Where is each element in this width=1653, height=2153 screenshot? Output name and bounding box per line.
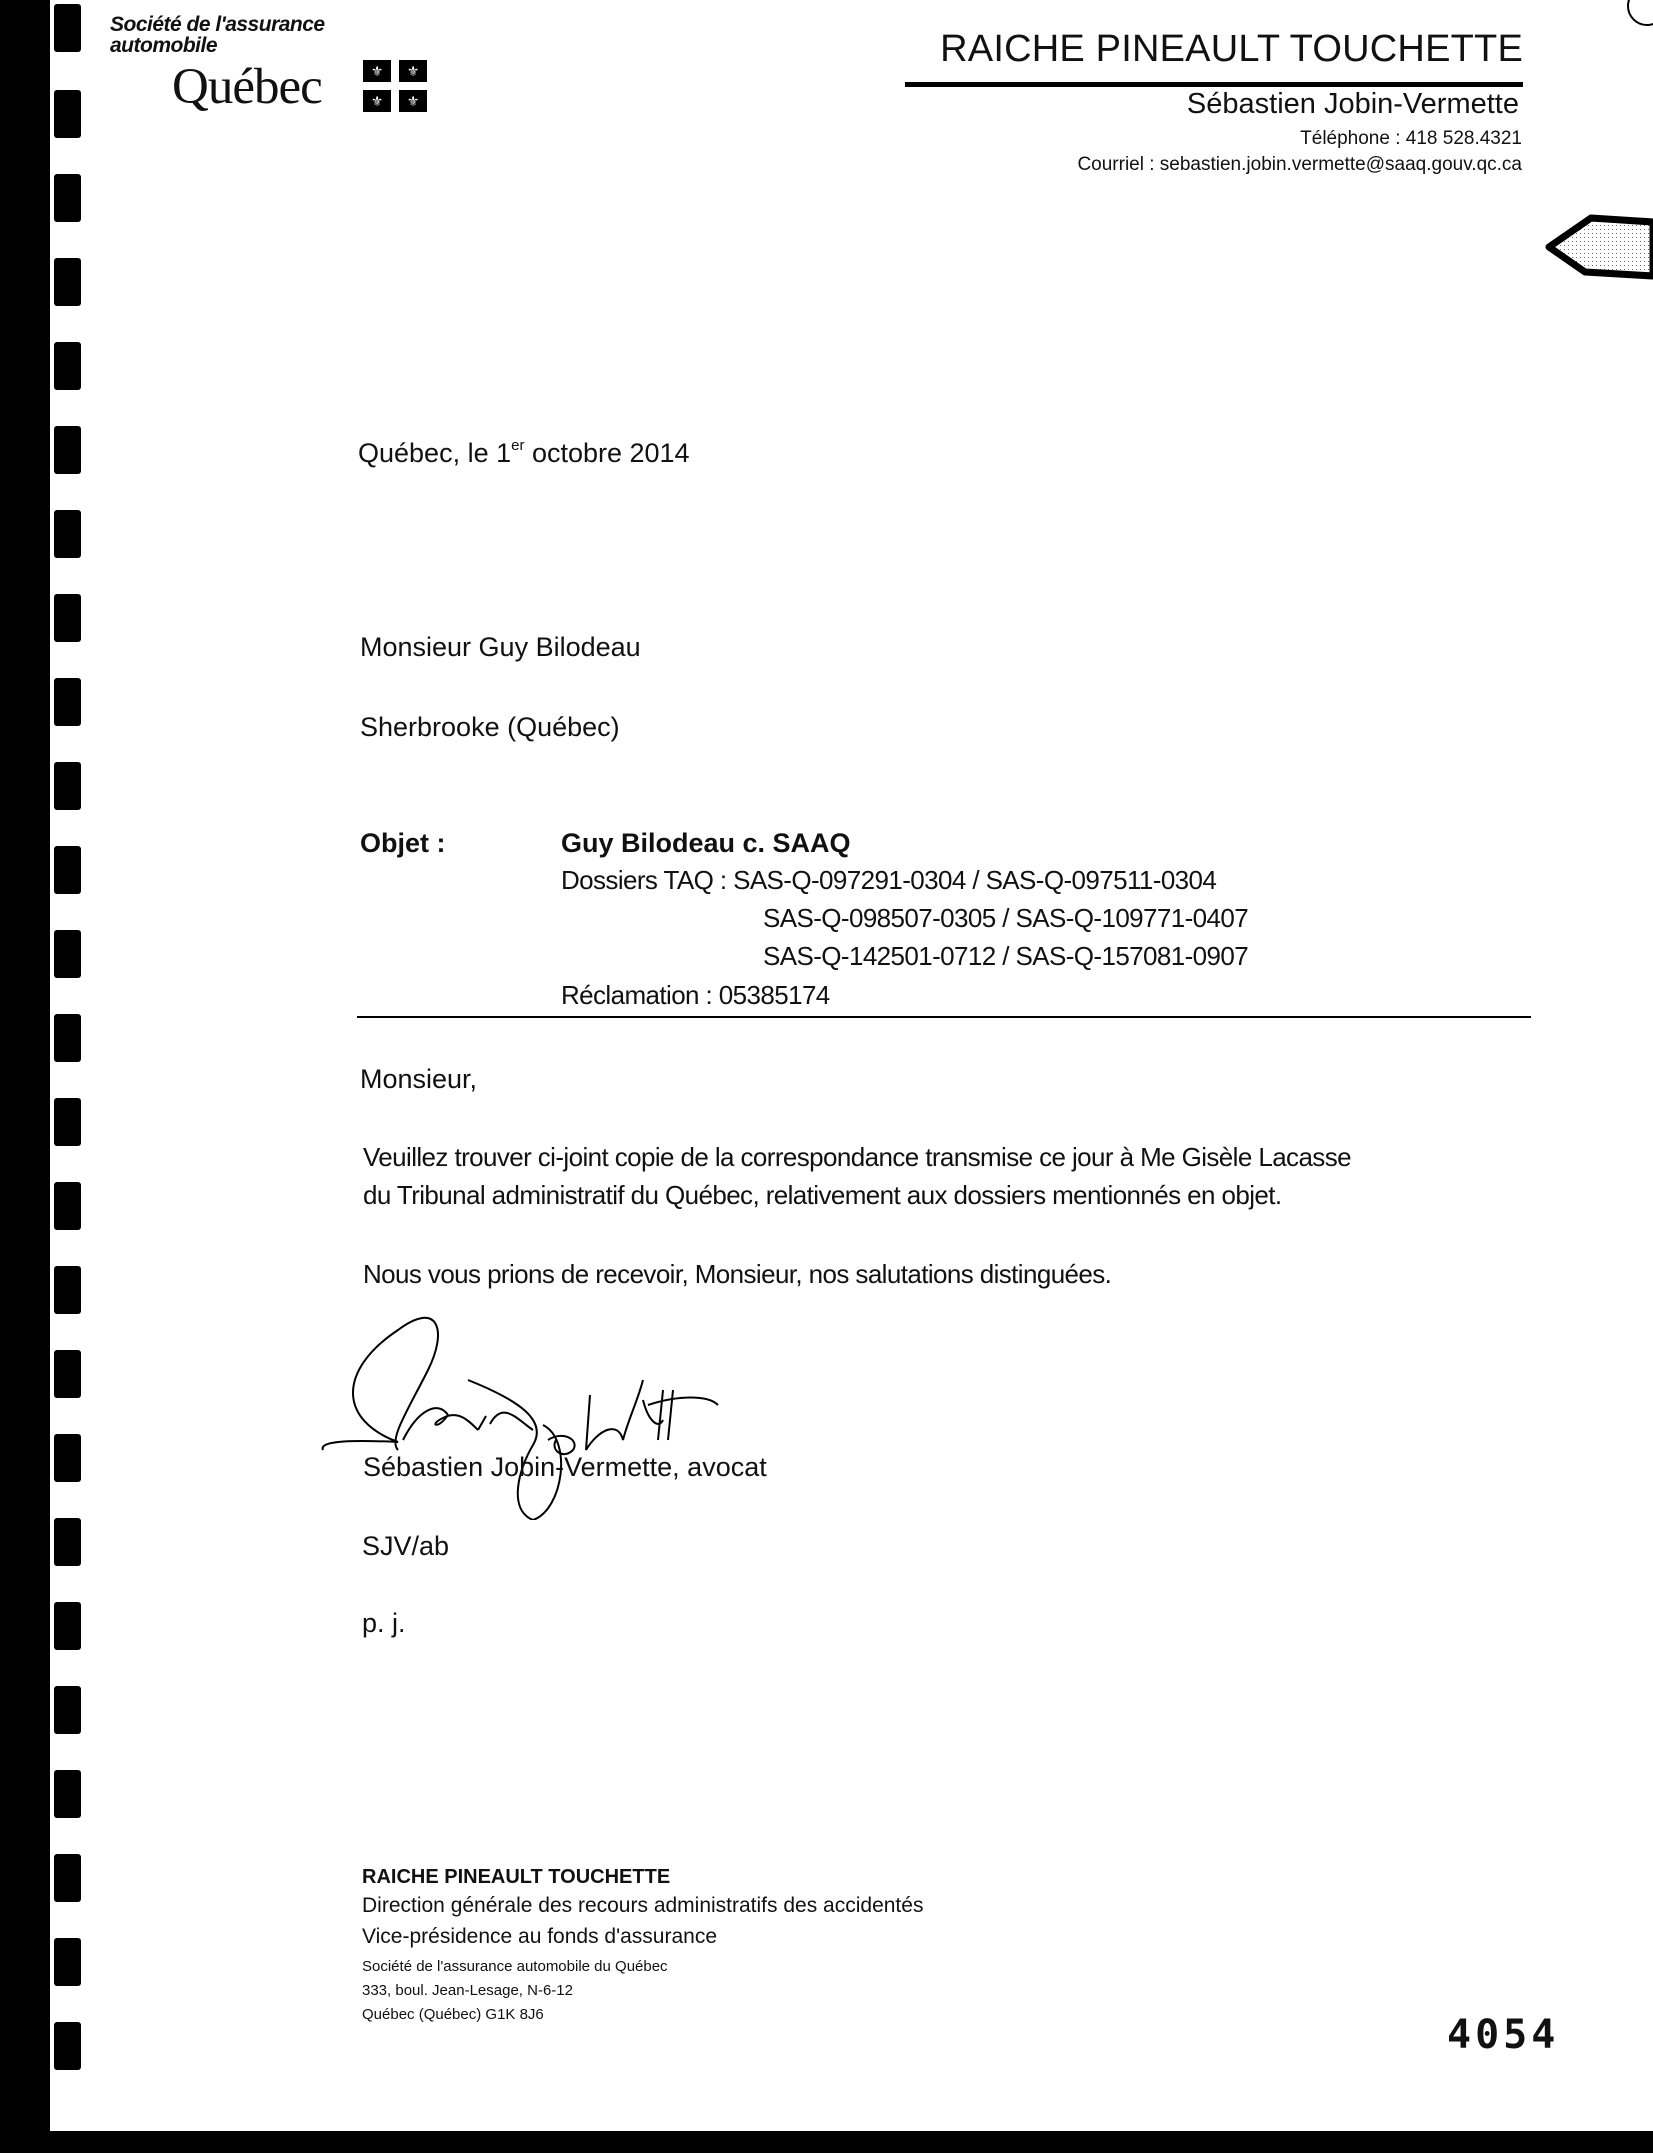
subject-files-line: Dossiers TAQ : SAS-Q-097291-0304 / SAS-Q… <box>561 865 1216 896</box>
binding-hole <box>54 678 81 726</box>
binding-hole <box>54 1770 81 1818</box>
lawyer-name: Sébastien Jobin-Vermette <box>1187 88 1519 121</box>
binding-hole <box>54 846 81 894</box>
binding-hole <box>54 1686 81 1734</box>
footer-firm: RAICHE PINEAULT TOUCHETTE <box>362 1866 670 1889</box>
body-paragraph-line: Veuillez trouver ci-joint copie de la co… <box>363 1142 1351 1173</box>
saaq-logo: Société de l'assurance automobile Québec… <box>110 14 325 56</box>
binding-hole <box>54 510 81 558</box>
subject-rule <box>357 1016 1531 1018</box>
logo-quebec-wordmark: Québec <box>172 60 322 114</box>
binding-hole <box>54 594 81 642</box>
svg-text:⚜: ⚜ <box>371 94 384 110</box>
binding-hole <box>54 930 81 978</box>
claim-number: Réclamation : 05385174 <box>561 980 830 1011</box>
footer-address: 333, boul. Jean-Lesage, N-6-12 <box>362 1982 573 1999</box>
salutation: Monsieur, <box>360 1064 477 1095</box>
scan-bottom-edge <box>0 2131 1653 2153</box>
footer-vice-presidency: Vice-présidence au fonds d'assurance <box>362 1925 717 1949</box>
binding-hole <box>54 1350 81 1398</box>
subject-title: Guy Bilodeau c. SAAQ <box>561 828 851 859</box>
firm-name: RAICHE PINEAULT TOUCHETTE <box>940 28 1523 71</box>
closing-paragraph: Nous vous prions de recevoir, Monsieur, … <box>363 1259 1111 1290</box>
corner-mark <box>1627 0 1653 26</box>
tab-marker-icon <box>1543 212 1653 292</box>
binding-hole <box>54 342 81 390</box>
signer-name: Sébastien Jobin-Vermette, avocat <box>363 1452 767 1483</box>
logo-org-line1: Société de l'assurance <box>110 14 325 35</box>
footer-organization: Société de l'assurance automobile du Qué… <box>362 1958 668 1975</box>
binding-hole <box>54 258 81 306</box>
binding-hole <box>54 1098 81 1146</box>
binding-hole <box>54 1938 81 1986</box>
binding-hole <box>54 1266 81 1314</box>
reference-initials: SJV/ab <box>362 1531 449 1562</box>
handwritten-signature-icon <box>318 1300 838 1520</box>
body-paragraph-line: du Tribunal administratif du Québec, rel… <box>363 1180 1282 1211</box>
binding-hole <box>54 1602 81 1650</box>
recipient-city: Sherbrooke (Québec) <box>360 712 620 743</box>
svg-text:⚜: ⚜ <box>407 64 420 80</box>
svg-text:⚜: ⚜ <box>407 94 420 110</box>
letter-date: Québec, le 1er octobre 2014 <box>358 438 690 469</box>
logo-org-line2: automobile <box>110 35 325 56</box>
svg-text:⚜: ⚜ <box>371 64 384 80</box>
scan-binding-edge <box>0 0 50 2153</box>
phone: Téléphone : 418 528.4321 <box>1300 128 1522 150</box>
binding-hole <box>54 762 81 810</box>
binding-hole <box>54 4 81 52</box>
page-number-stamp: 4054 <box>1447 2012 1559 2058</box>
header-rule <box>905 82 1523 87</box>
binding-hole <box>54 1854 81 1902</box>
quebec-flag-icon: ⚜⚜ ⚜⚜ <box>360 56 430 116</box>
footer-direction: Direction générale des recours administr… <box>362 1894 923 1918</box>
binding-hole <box>54 426 81 474</box>
binding-hole <box>54 2022 81 2070</box>
binding-hole <box>54 1518 81 1566</box>
subject-files-line: SAS-Q-098507-0305 / SAS-Q-109771-0407 <box>763 903 1248 934</box>
binding-hole <box>54 1182 81 1230</box>
subject-files-line: SAS-Q-142501-0712 / SAS-Q-157081-0907 <box>763 941 1248 972</box>
subject-label: Objet : <box>360 828 446 859</box>
binding-hole <box>54 1434 81 1482</box>
enclosure-note: p. j. <box>362 1608 406 1639</box>
binding-hole <box>54 174 81 222</box>
email: Courriel : sebastien.jobin.vermette@saaq… <box>1077 154 1522 176</box>
binding-hole <box>54 1014 81 1062</box>
binding-hole <box>54 90 81 138</box>
footer-city-postal: Québec (Québec) G1K 8J6 <box>362 2006 544 2023</box>
recipient-name: Monsieur Guy Bilodeau <box>360 632 641 663</box>
